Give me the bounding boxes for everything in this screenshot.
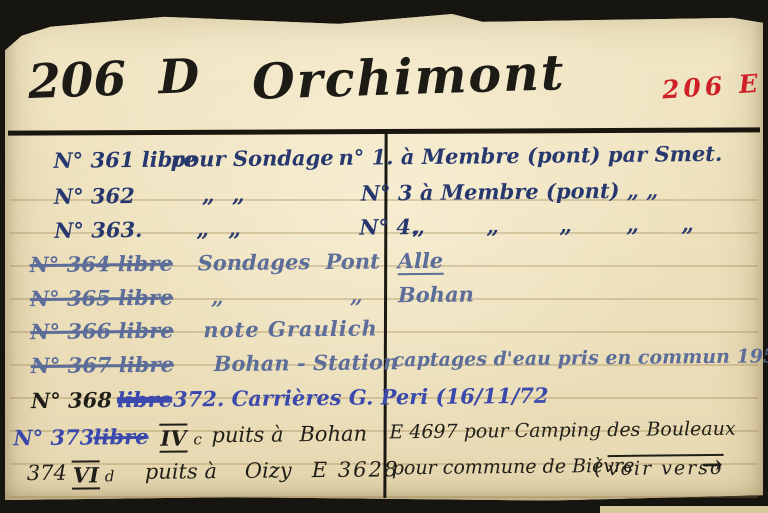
entry-number: N° 362 <box>54 183 135 209</box>
row-n373: N° 373 libre IV c puits à Bohan E 4697 p… <box>1 417 768 455</box>
row-n361: N° 361 libre pour Sondage n° 1. à Membre… <box>0 140 767 178</box>
entry-text: captages d'eau pris en commun 1959 <box>393 345 768 371</box>
register-rows: N° 361 libre pour Sondage n° 1. à Membre… <box>0 0 768 513</box>
ditto-mark: „ <box>196 216 209 242</box>
underlined-place: Alle <box>397 248 443 275</box>
page-background: { "inks": { "black": "#201e18", "blue_bl… <box>0 0 768 513</box>
ditto-mark: „ <box>681 211 694 237</box>
ditto-mark: „ <box>211 284 224 310</box>
map-grid-ref: IV <box>159 423 187 452</box>
crossed-word: libre <box>93 424 148 450</box>
ditto-mark: „ <box>412 214 425 240</box>
row-n368: N° 368 libre 372. Carrières G. Peri (16/… <box>1 380 768 418</box>
ditto-mark: „ <box>228 216 241 242</box>
card-below-edge <box>600 506 768 513</box>
ditto-mark: „ <box>486 213 499 239</box>
place-name: Oizy <box>245 458 292 482</box>
entry-number: N° 368 <box>31 387 112 413</box>
ditto-mark: „ <box>350 283 363 309</box>
crossed-entry-number: N° 367 libre <box>31 352 174 378</box>
row-n374: 374 VI d puits à Oizy E 3628 pour commun… <box>2 453 768 491</box>
entry-text: puits à <box>145 459 217 484</box>
row-n367: N° 367 libre Bohan - Station captages d'… <box>1 345 768 383</box>
crossed-entry-number: N° 364 libre <box>29 251 172 277</box>
place-name: Bohan <box>398 281 474 307</box>
entry-code: E 3628 <box>312 457 400 482</box>
entry-text: puits à <box>211 422 283 447</box>
verso-paren: ( <box>594 455 602 479</box>
entry-number: N° 373 <box>13 424 94 450</box>
row-n364: N° 364 libre Sondages Pont Alle <box>0 244 768 282</box>
entry-text: n° 1. à Membre (pont) par Smet. <box>338 141 722 170</box>
entry-text: Sondages Pont <box>197 248 379 275</box>
ditto-mark: „ <box>202 182 215 208</box>
map-grid-ref: VI <box>72 460 100 489</box>
entry-number: 374 <box>27 461 67 485</box>
row-n365: N° 365 libre „ „ Bohan <box>0 278 768 316</box>
crossed-word: libre <box>117 387 172 413</box>
entry-number: N° 363. <box>54 217 142 243</box>
entry-text: 372. Carrières G. Peri (16/11/72 <box>173 383 549 412</box>
ditto-mark: „ <box>232 182 245 208</box>
entry-text: Bohan - Station <box>214 349 399 376</box>
entry-text: N° 3 à Membre (pont) „ „ <box>361 178 659 206</box>
ditto-mark: „ <box>626 212 639 238</box>
crossed-entry-number: N° 365 libre <box>30 285 173 311</box>
entry-text: N° 4. <box>359 214 418 240</box>
ditto-mark: „ <box>559 212 572 238</box>
row-n363: N° 363. „ „ N° 4. „ „ „ „ „ <box>0 210 767 248</box>
entry-text: pour Sondage <box>170 145 333 172</box>
crossed-entry-number: N° 366 libre <box>30 318 173 344</box>
entry-text: note Graulich <box>203 315 378 342</box>
row-n366: N° 366 libre note Graulich <box>0 311 768 349</box>
entry-text: E 4697 pour Camping des Bouleaux <box>389 418 735 444</box>
place-name: Bohan <box>299 422 367 447</box>
map-grid-sub: d <box>105 467 115 485</box>
arrow-right-icon: → <box>702 450 723 479</box>
row-n362: N° 362 „ „ N° 3 à Membre (pont) „ „ <box>0 176 767 214</box>
map-grid-sub: c <box>193 430 202 448</box>
